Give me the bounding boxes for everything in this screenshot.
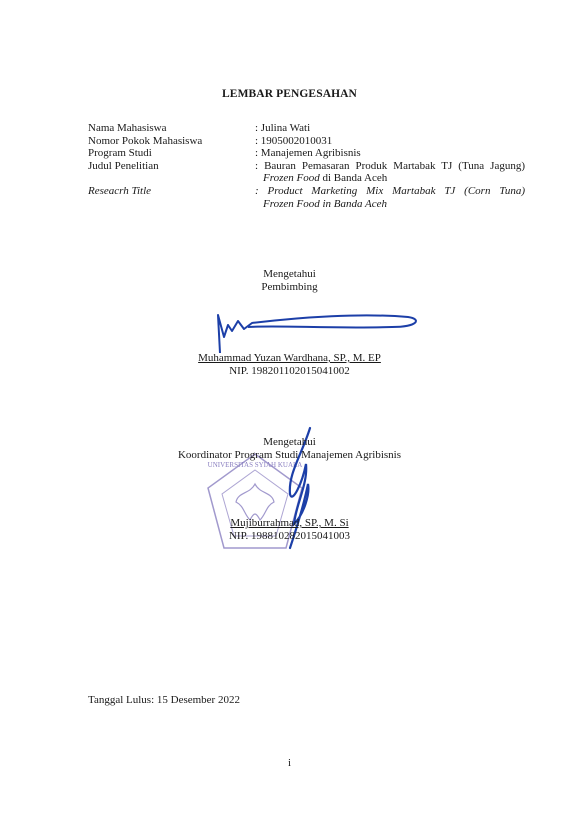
- italic-text: Frozen Food: [263, 172, 320, 184]
- plain-text: di Banda Aceh: [320, 172, 388, 184]
- field-label: Nama Mahasiswa: [88, 122, 255, 135]
- field-npm: Nomor Pokok Mahasiswa : 1905002010031: [88, 135, 533, 148]
- heading-line: Pembimbing: [0, 281, 579, 294]
- field-value-continuation: Frozen Food di Banda Aceh: [255, 172, 533, 185]
- coordinator-nip: NIP. 198810282015041003: [0, 530, 579, 543]
- coordinator-heading: Mengetahui Koordinator Program Studi Man…: [0, 436, 579, 461]
- page-title: LEMBAR PENGESAHAN: [0, 88, 579, 100]
- field-research-title-id-cont: Frozen Food di Banda Aceh: [88, 172, 533, 185]
- field-value-continuation: Frozen Food in Banda Aceh: [255, 198, 533, 211]
- heading-line: Mengetahui: [0, 436, 579, 449]
- heading-line: Mengetahui: [0, 268, 579, 281]
- field-value: : Manajemen Agribisnis: [255, 147, 525, 160]
- supervisor-signature-block: Muhammad Yuzan Wardhana, SP., M. EP NIP.…: [0, 352, 579, 377]
- field-value: : 1905002010031: [255, 135, 525, 148]
- field-program: Program Studi : Manajemen Agribisnis: [88, 147, 533, 160]
- supervisor-name: Muhammad Yuzan Wardhana, SP., M. EP: [0, 352, 579, 365]
- field-label: Program Studi: [88, 147, 255, 160]
- coordinator-name: Mujiburrahmad, SP., M. Si: [230, 517, 348, 529]
- spacer: [88, 198, 255, 211]
- supervisor-heading: Mengetahui Pembimbing: [0, 268, 579, 293]
- field-value: : Product Marketing Mix Martabak TJ (Cor…: [255, 185, 525, 198]
- field-research-title-en: Reseacrh Title : Product Marketing Mix M…: [88, 185, 533, 198]
- field-label: Judul Penelitian: [88, 160, 255, 173]
- heading-line: Koordinator Program Studi Manajemen Agri…: [0, 449, 579, 462]
- field-research-title-id: Judul Penelitian : Bauran Pemasaran Prod…: [88, 160, 533, 173]
- field-value: : Julina Wati: [255, 122, 525, 135]
- field-name: Nama Mahasiswa : Julina Wati: [88, 122, 533, 135]
- field-value: : Bauran Pemasaran Produk Martabak TJ (T…: [255, 160, 525, 173]
- field-research-title-en-cont: Frozen Food in Banda Aceh: [88, 198, 533, 211]
- page-number: i: [0, 757, 579, 769]
- coordinator-signature-block: Mujiburrahmad, SP., M. Si NIP. 198810282…: [0, 517, 579, 542]
- graduation-date: Tanggal Lulus: 15 Desember 2022: [88, 694, 240, 706]
- field-label: Nomor Pokok Mahasiswa: [88, 135, 255, 148]
- supervisor-nip: NIP. 198201102015041002: [0, 365, 579, 378]
- student-info: Nama Mahasiswa : Julina Wati Nomor Pokok…: [88, 122, 533, 210]
- spacer: [88, 172, 255, 185]
- field-label: Reseacrh Title: [88, 185, 255, 198]
